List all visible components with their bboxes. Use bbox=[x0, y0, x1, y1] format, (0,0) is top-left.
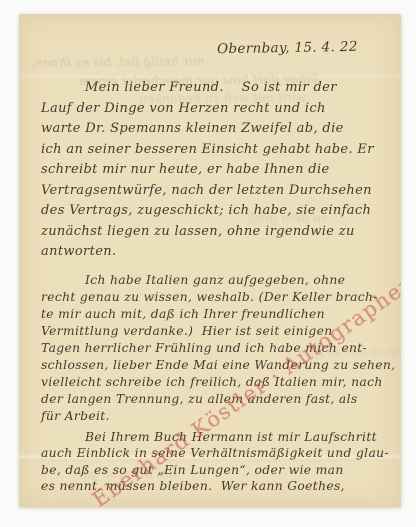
letter-paragraph-3: Bei Ihrem Buch Hermann ist mir Laufschri… bbox=[41, 429, 393, 495]
handwritten-line: schreibt mir nur heute, er habe Ihnen di… bbox=[41, 160, 393, 181]
handwritten-line: recht genau zu wissen, weshalb. (Der Kel… bbox=[41, 289, 393, 306]
bleedthrough-text: mir heilig fiel, bis es Ihnen, bbox=[31, 53, 205, 70]
letter-paragraph-1: Mein lieber Freund. So ist mir der Lauf … bbox=[41, 78, 393, 263]
letter-body: Mein lieber Freund. So ist mir der Lauf … bbox=[41, 78, 393, 495]
handwritten-line: zunächst liegen zu lassen, ohne irgendwi… bbox=[41, 222, 393, 243]
letter-paper-sheet: mir heilig fiel, bis es Ihnen, lange dar… bbox=[19, 14, 401, 507]
handwritten-line: ich an seiner besseren Einsicht gehabt h… bbox=[41, 140, 393, 161]
handwritten-line: Ich habe Italien ganz aufgegeben, ohne bbox=[41, 272, 393, 289]
handwritten-line: antworten. bbox=[41, 242, 393, 263]
handwritten-line: be, daß es so gut „Ein Lungen“, oder wie… bbox=[41, 462, 393, 479]
handwritten-line: schlossen, lieber Ende Mai eine Wanderun… bbox=[41, 357, 393, 374]
handwritten-line: auch Einblick in seine Verhältnismäßigke… bbox=[41, 445, 393, 462]
letter-dateline: Obernbay, 15. 4. 22 bbox=[217, 39, 358, 57]
handwritten-line: vielleicht schreibe ich freilich, daß It… bbox=[41, 374, 393, 391]
handwritten-line: Vertragsentwürfe, nach der letzten Durch… bbox=[41, 181, 393, 202]
letter-scan: mir heilig fiel, bis es Ihnen, lange dar… bbox=[0, 0, 416, 527]
handwritten-line: warte Dr. Spemanns kleinen Zweifel ab, d… bbox=[41, 119, 393, 140]
handwritten-line: Mein lieber Freund. So ist mir der bbox=[41, 78, 393, 99]
handwritten-line: des Vertrags, zugeschickt; ich habe, sie… bbox=[41, 201, 393, 222]
handwritten-line: Lauf der Dinge von Herzen recht und ich bbox=[41, 99, 393, 120]
